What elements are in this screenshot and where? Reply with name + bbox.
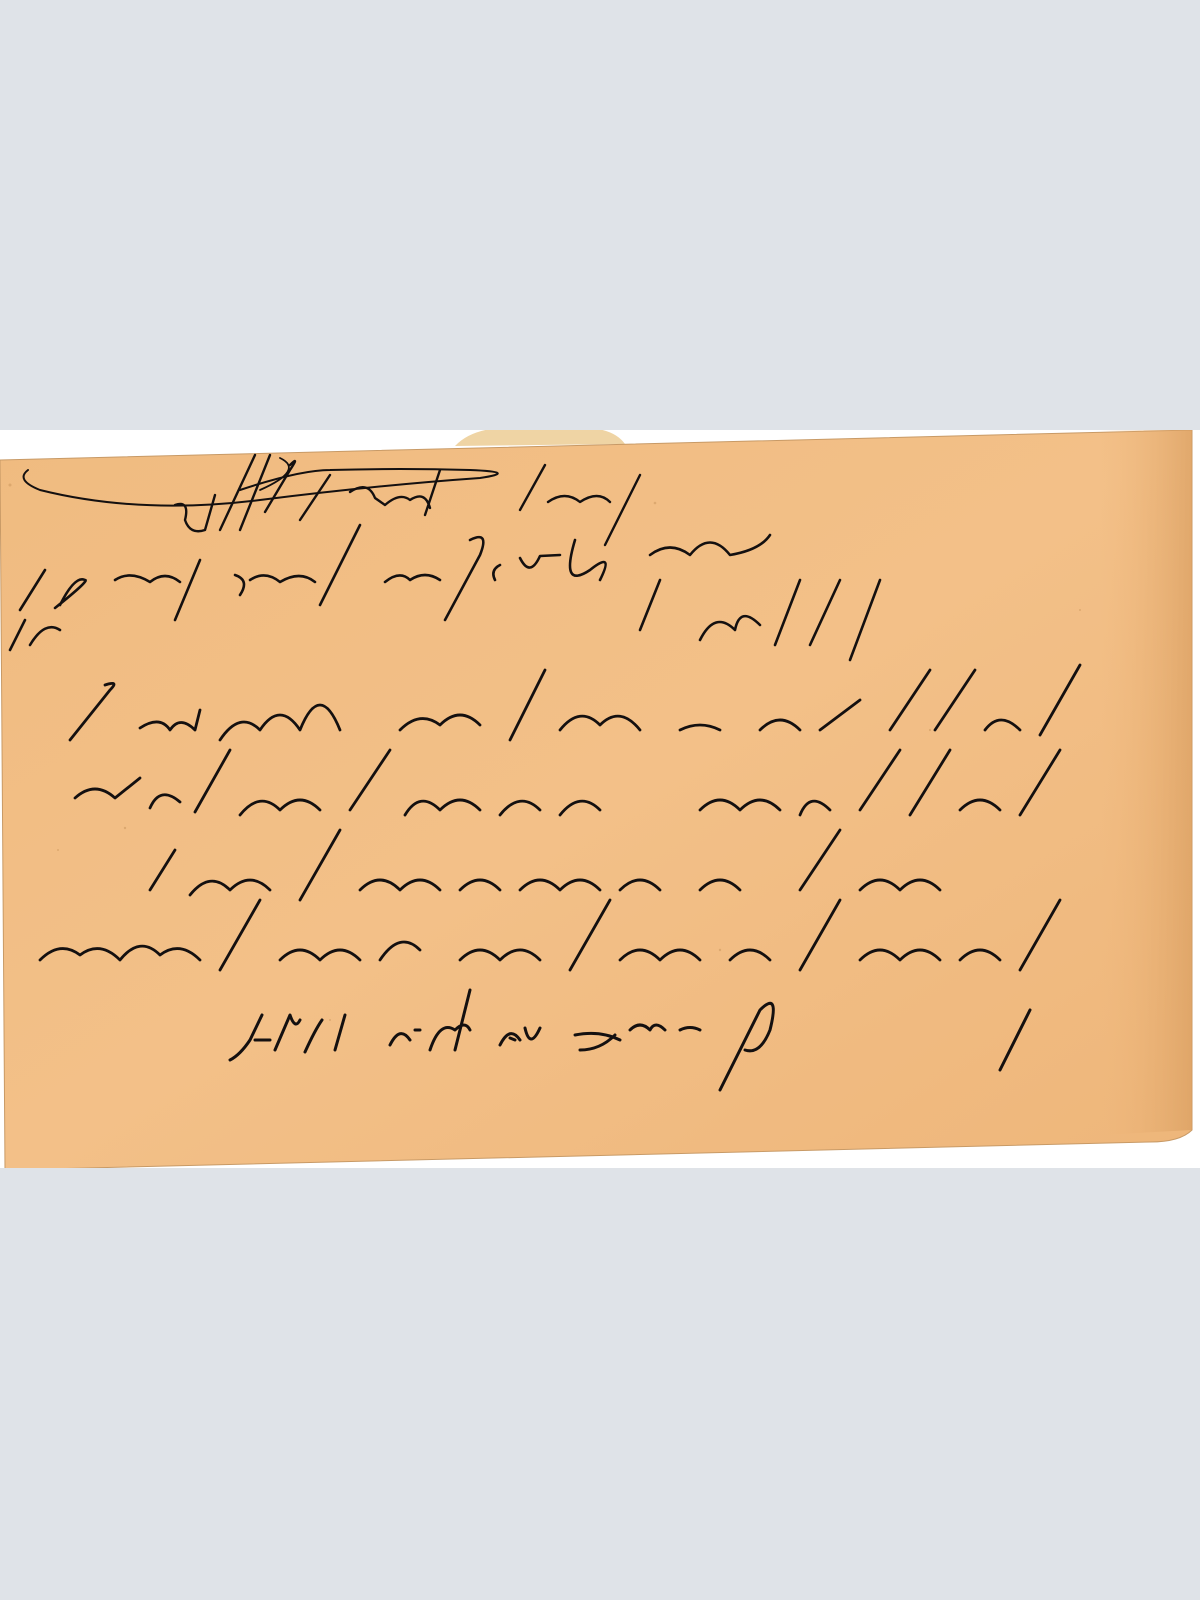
postcard: 1874 German Kurrent handwriting in black…	[0, 430, 1200, 1168]
postcard-image	[0, 430, 1200, 1168]
card-tab	[455, 430, 625, 446]
scan-area: 1874 German Kurrent handwriting in black…	[0, 430, 1200, 1168]
